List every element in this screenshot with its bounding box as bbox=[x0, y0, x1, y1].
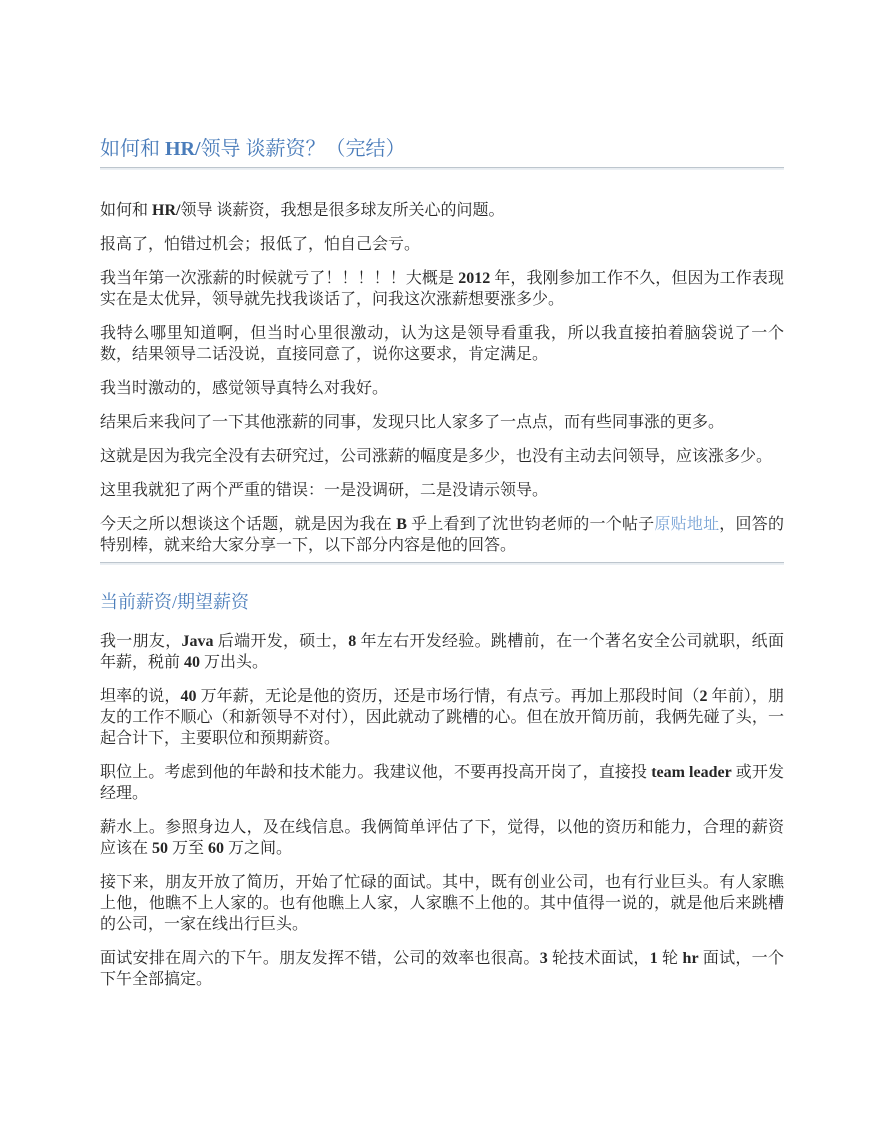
document-page: { "colors": { "heading_blue": "#4a7cba",… bbox=[0, 0, 884, 1144]
text-segment: 面试安排在周六的下午。朋友发挥不错，公司的效率也很高。 bbox=[100, 950, 540, 967]
text-segment: 40 bbox=[180, 688, 196, 705]
paragraph: 我特么哪里知道啊，但当时心里很激动，认为这是领导看重我，所以我直接拍着脑袋说了一… bbox=[100, 323, 784, 365]
text-segment: 轮 bbox=[658, 950, 683, 967]
text-segment: hr bbox=[683, 950, 699, 967]
section-paragraphs: 我一朋友，Java 后端开发，硕士，8 年左右开发经验。跳槽前，在一个著名安全公… bbox=[100, 631, 784, 990]
paragraph: 如何和 HR/领导 谈薪资，我想是很多球友所关心的问题。 bbox=[100, 200, 784, 221]
text-segment: 职位上。考虑到他的年龄和技术能力。我建议他，不要再投高开岗了，直接投 bbox=[100, 764, 651, 781]
text-segment: 这里我就犯了两个严重的错误：一是没调研，二是没请示领导。 bbox=[100, 482, 548, 499]
section-heading: 当前薪资/期望薪资 bbox=[100, 590, 784, 614]
text-segment: HR/ bbox=[165, 138, 201, 160]
text-segment: 我当时激动的，感觉领导真特么对我好。 bbox=[100, 380, 388, 397]
paragraph: 这里我就犯了两个严重的错误：一是没调研，二是没请示领导。 bbox=[100, 480, 784, 501]
text-segment: 报高了，怕错过机会；报低了，怕自己会亏。 bbox=[100, 236, 420, 253]
title-divider bbox=[100, 167, 784, 170]
text-segment: 如何和 bbox=[100, 202, 152, 219]
text-segment: 结果后来我问了一下其他涨薪的同事，发现只比人家多了一点点，而有些同事涨的更多。 bbox=[100, 414, 724, 431]
paragraph: 坦率的说，40 万年薪，无论是他的资历，还是市场行情，有点亏。再加上那段时间（2… bbox=[100, 686, 784, 749]
text-segment: 后端开发，硕士， bbox=[214, 633, 349, 650]
text-segment: team leader bbox=[651, 764, 732, 781]
paragraph: 我一朋友，Java 后端开发，硕士，8 年左右开发经验。跳槽前，在一个著名安全公… bbox=[100, 631, 784, 673]
text-segment: 60 bbox=[208, 840, 224, 857]
text-segment: 万之间。 bbox=[224, 840, 292, 857]
section-divider bbox=[100, 562, 784, 565]
paragraph: 这就是因为我完全没有去研究过，公司涨薪的幅度是多少，也没有主动去问领导，应该涨多… bbox=[100, 446, 784, 467]
text-segment: 2012 bbox=[458, 270, 490, 287]
paragraph: 今天之所以想谈这个话题，就是因为我在 B 乎上看到了沈世钧老师的一个帖子原贴地址… bbox=[100, 514, 784, 556]
paragraph: 薪水上。参照身边人，及在线信息。我俩简单评估了下，觉得，以他的资历和能力，合理的… bbox=[100, 817, 784, 859]
text-segment: 万年薪，无论是他的资历，还是市场行情，有点亏。再加上那段时间（ bbox=[196, 688, 699, 705]
paragraph: 面试安排在周六的下午。朋友发挥不错，公司的效率也很高。3 轮技术面试，1 轮 h… bbox=[100, 948, 784, 990]
text-segment: 1 bbox=[650, 950, 658, 967]
text-segment: 领导 谈薪资？（完结） bbox=[201, 138, 406, 160]
text-segment: 万出头。 bbox=[200, 654, 268, 671]
text-segment: 我一朋友， bbox=[100, 633, 182, 650]
original-post-link[interactable]: 原贴地址 bbox=[654, 516, 719, 533]
text-segment: 2 bbox=[700, 688, 708, 705]
article: 如何和 HR/领导 谈薪资？（完结） 如何和 HR/领导 谈薪资，我想是很多球友… bbox=[0, 0, 884, 990]
text-segment: Java bbox=[182, 633, 214, 650]
paragraph: 我当时激动的，感觉领导真特么对我好。 bbox=[100, 378, 784, 399]
paragraph: 接下来，朋友开放了简历，开始了忙碌的面试。其中，既有创业公司，也有行业巨头。有人… bbox=[100, 872, 784, 935]
paragraph: 我当年第一次涨薪的时候就亏了！！！！！大概是 2012 年，我刚参加工作不久，但… bbox=[100, 268, 784, 310]
text-segment: 万至 bbox=[168, 840, 208, 857]
text-segment: 我特么哪里知道啊，但当时心里很激动，认为这是领导看重我，所以我直接拍着脑袋说了一… bbox=[100, 325, 784, 363]
text-segment: 领导 谈薪资，我想是很多球友所关心的问题。 bbox=[180, 202, 504, 219]
text-segment: 40 bbox=[184, 654, 200, 671]
text-segment: 轮技术面试， bbox=[548, 950, 650, 967]
text-segment: 如何和 bbox=[100, 138, 165, 160]
intro-paragraphs: 如何和 HR/领导 谈薪资，我想是很多球友所关心的问题。报高了，怕错过机会；报低… bbox=[100, 200, 784, 556]
text-segment: B bbox=[396, 516, 407, 533]
article-title: 如何和 HR/领导 谈薪资？（完结） bbox=[100, 136, 784, 167]
text-segment: 8 bbox=[348, 633, 356, 650]
text-segment: 这就是因为我完全没有去研究过，公司涨薪的幅度是多少，也没有主动去问领导，应该涨多… bbox=[100, 448, 772, 465]
text-segment: 50 bbox=[152, 840, 168, 857]
text-segment: HR/ bbox=[152, 202, 180, 219]
text-segment: 坦率的说， bbox=[100, 688, 180, 705]
text-segment: 接下来，朋友开放了简历，开始了忙碌的面试。其中，既有创业公司，也有行业巨头。有人… bbox=[100, 874, 784, 933]
paragraph: 职位上。考虑到他的年龄和技术能力。我建议他，不要再投高开岗了，直接投 team … bbox=[100, 762, 784, 804]
paragraph: 报高了，怕错过机会；报低了，怕自己会亏。 bbox=[100, 234, 784, 255]
text-segment: 今天之所以想谈这个话题，就是因为我在 bbox=[100, 516, 396, 533]
text-segment: 3 bbox=[540, 950, 548, 967]
paragraph: 结果后来我问了一下其他涨薪的同事，发现只比人家多了一点点，而有些同事涨的更多。 bbox=[100, 412, 784, 433]
text-segment: 乎上看到了沈世钧老师的一个帖子 bbox=[407, 516, 655, 533]
text-segment: 我当年第一次涨薪的时候就亏了！！！！！大概是 bbox=[100, 270, 458, 287]
